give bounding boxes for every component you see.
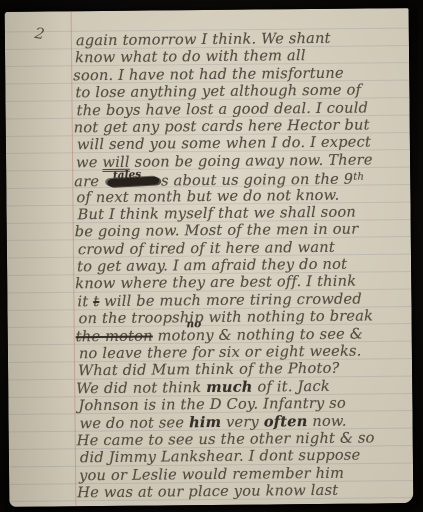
text-segment: Johnson is in the D Coy. Infantry so (78, 395, 346, 415)
text-segment: very (221, 413, 264, 430)
text-segment: know what to do with them all (75, 47, 306, 66)
text-segment: did Jimmy Lankshear. I dont suppose (80, 447, 361, 467)
text-segment: it (77, 293, 93, 310)
letter-line: again tomorrow I think. We shant (76, 29, 408, 50)
text-segment: know where they are best off. I think (75, 273, 356, 293)
letter-line: crowd of tired of it here and want (78, 238, 410, 259)
text-segment: the moton (76, 327, 153, 345)
scribbled-out-word: tales (107, 176, 159, 187)
text-segment: th (353, 172, 364, 183)
letter-line: We did not think much of it. Jack (76, 377, 408, 398)
text-segment: will be much more tiring crowded (99, 290, 362, 310)
text-segment: you or Leslie would remember him (79, 464, 344, 484)
inserted-word-above: no (186, 319, 201, 329)
letter-line: did Jimmy Lankshear. I dont suppose (80, 446, 412, 467)
text-segment: will send you some when I do. I expect (77, 134, 371, 154)
text-segment: of next month but we do not know. (76, 186, 339, 206)
text-segment: much (206, 378, 253, 395)
text-segment: notony & nothing to see & (181, 325, 363, 344)
letter-line: He was at our place you know last (77, 481, 409, 502)
letter-line: are taless about us going on the 9th (74, 168, 406, 189)
photo-background: 2 again tomorrow I think. We shantknow w… (0, 0, 423, 512)
letter-line: no leave there for six or eight weeks. (79, 342, 411, 363)
text-segment: to lose anything yet although some of (75, 82, 361, 102)
text-segment: But I think myself that we shall soon (78, 203, 357, 223)
letter-lines: again tomorrow I think. We shantknow wha… (75, 29, 412, 504)
text-segment: mo (153, 327, 181, 344)
letter-paper: 2 again tomorrow I think. We shantknow w… (5, 8, 414, 507)
text-segment: now. (307, 412, 346, 429)
text-segment: We did not think (76, 379, 206, 397)
text-segment: we do not see (80, 414, 190, 432)
text-segment: crowd of tired of it here and want (78, 238, 335, 257)
inserted-word-above: tales (112, 169, 141, 180)
text-segment: What did Mum think of the Photo? (78, 360, 340, 380)
text-segment: often (264, 413, 308, 430)
text-segment: be going now. Most of the men in our (75, 221, 359, 241)
text-segment: him (189, 413, 221, 430)
text-segment: He was at our place you know last (77, 482, 338, 502)
text-segment: are (74, 173, 104, 190)
text-segment: to get away. I am afraid they do not (77, 256, 347, 276)
text-segment: of it. Jack (253, 378, 330, 396)
text-segment: soon be going away now. There (130, 151, 373, 170)
text-segment: we (76, 154, 103, 171)
page-number: 2 (33, 24, 45, 43)
